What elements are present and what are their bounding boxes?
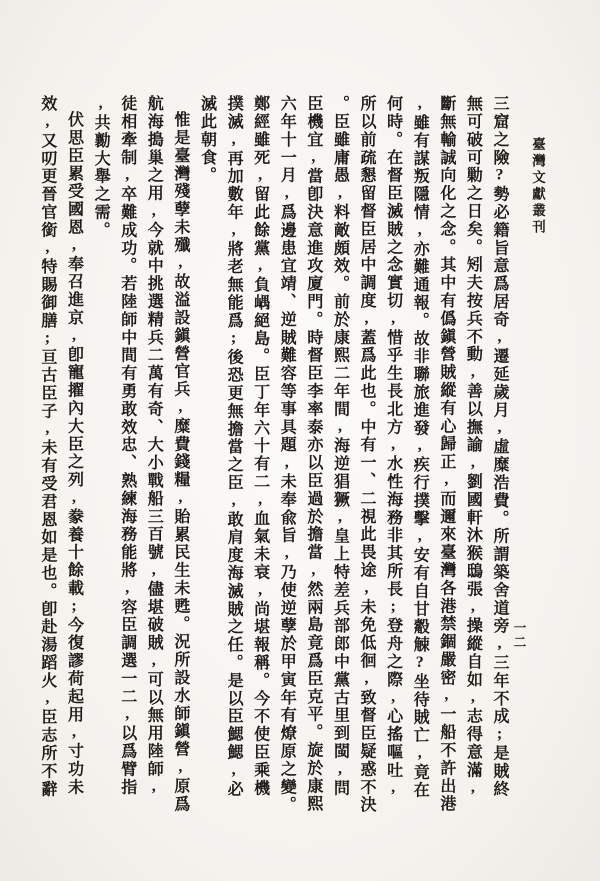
paragraph: 伏思臣累受國恩,奉召進京,卽寵擢內大臣之列,豢養十餘載;今復謬荷起用,寸功未效,… bbox=[31, 95, 87, 814]
scanned-book-page: 臺灣文獻叢刊 一二 三窟之險?勢必籍旨意爲居奇,遷延歲月,虛糜浩費。所謂築舍道旁… bbox=[0, 0, 600, 881]
body-text-block: 三窟之險?勢必籍旨意爲居奇,遷延歲月,虛糜浩費。所謂築舍道旁,三年不成;是賊終無… bbox=[31, 95, 512, 814]
paragraph: 惟是臺灣殘孽未殲,故溢設鎭營官兵,糜費錢糧,貽累民生未甦。況所設水師鎭營,原爲航… bbox=[87, 95, 193, 814]
paragraph-continuation: 三窟之險?勢必籍旨意爲居奇,遷延歲月,虛糜浩費。所謂築舍道旁,三年不成;是賊終無… bbox=[193, 95, 512, 814]
page-number: 一二 bbox=[510, 621, 528, 650]
series-title: 臺灣文獻叢刊 bbox=[527, 137, 547, 236]
